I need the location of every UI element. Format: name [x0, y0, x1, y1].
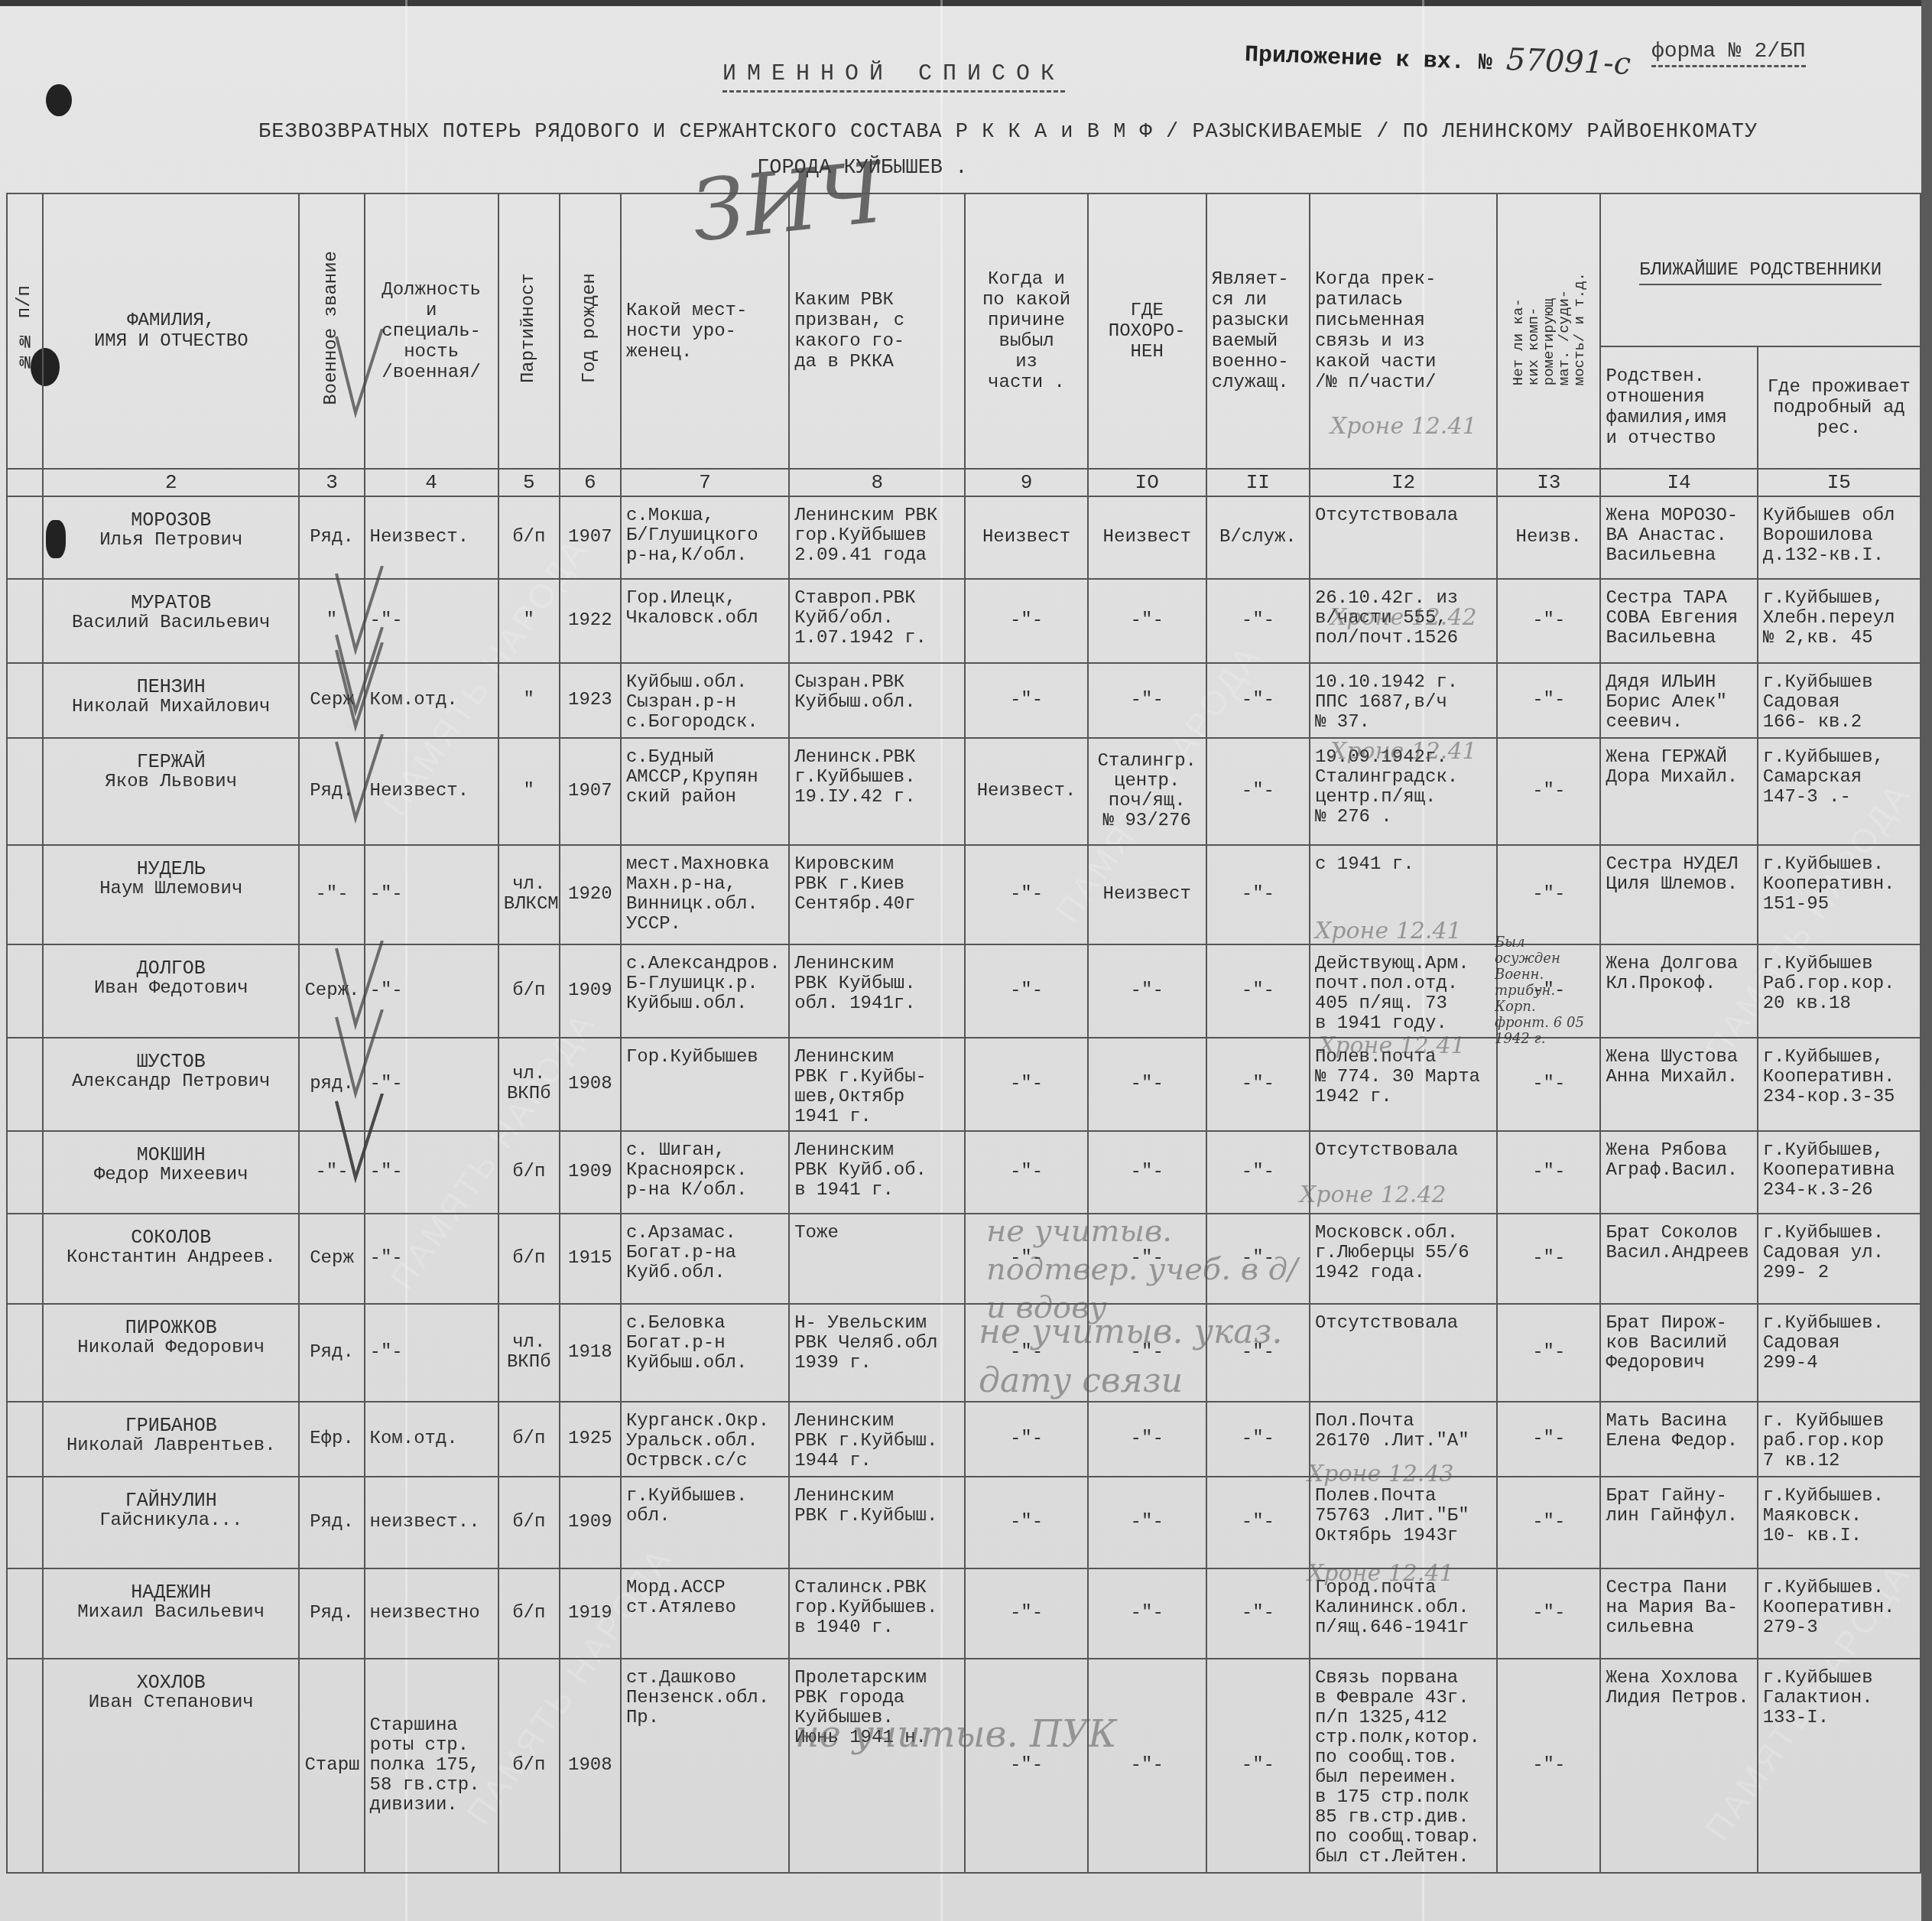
cell-kompromat: -"- [1497, 579, 1600, 663]
cell-rvk: Ставроп.РВК Куйб/обл. 1.07.1942 г. [789, 579, 965, 663]
cell-party: " [498, 738, 560, 845]
cell-kompromat: -"- [1497, 845, 1600, 944]
cell-birthplace: с.Арзамас. Богат.р-на Куйб.обл. [621, 1214, 789, 1304]
cell-last-contact: Связь порвана в Феврале 43г. п/п 1325,41… [1310, 1659, 1497, 1873]
column-number: 7 [621, 469, 789, 496]
cell-rvk: Ленинским РВК гор.Куйбышев 2.09.41 года [789, 496, 965, 579]
cell-relative: Сестра Пани на Мария Ва- сильевна [1600, 1568, 1757, 1659]
cell-born: 1909 [560, 944, 621, 1038]
cell-born: 1908 [560, 1659, 621, 1873]
cell-is-serviceman: -"- [1206, 663, 1310, 738]
pencil-check-icon [333, 734, 386, 826]
cell-kompromat: -"- [1497, 1477, 1600, 1568]
cell-born: 1923 [560, 663, 621, 738]
first-and-patronymic: Илья Петрович [48, 531, 294, 551]
cell-birthplace: мест.Махновка Махн.р-на, Винницк.обл. УС… [621, 845, 789, 944]
cell-kompromat: -"- [1497, 1038, 1600, 1131]
cell-rvk: Тоже [789, 1214, 965, 1304]
last-name: МОРОЗОВ [48, 511, 294, 531]
header-col-11: Являет- ся ли разыски ваемый военно- слу… [1206, 193, 1310, 469]
cell-relative: Брат Пирож- ков Василий Федорович [1600, 1304, 1757, 1402]
last-name: МОКШИН [48, 1146, 294, 1165]
cell-buried: -"- [1088, 1038, 1206, 1131]
cell-index [7, 1131, 43, 1214]
cell-party: чл. ВКПб [498, 1304, 560, 1402]
cell-party: б/п [498, 1659, 560, 1873]
cell-index [7, 663, 43, 738]
cell-full-name: МОРОЗОВИлья Петрович [43, 496, 299, 579]
document-title: ИМЕННОЙ СПИСОК [722, 61, 1065, 93]
last-name: МУРАТОВ [48, 593, 294, 613]
first-and-patronymic: Николай Лаврентьев. [48, 1436, 294, 1456]
first-and-patronymic: Гайсникула... [48, 1511, 294, 1531]
last-name: ХОХЛОВ [48, 1673, 294, 1693]
cell-party: б/п [498, 496, 560, 579]
cell-buried: Неизвест [1088, 496, 1206, 579]
losses-table: №№ п/п ФАМИЛИЯ, ИМЯ И ОТЧЕСТВО Военное з… [6, 193, 1921, 1874]
cell-full-name: ПИРОЖКОВНиколай Федорович [43, 1304, 299, 1402]
scan-right-edge [1921, 0, 1932, 1921]
cell-full-name: ГРИБАНОВНиколай Лаврентьев. [43, 1402, 299, 1477]
cell-birthplace: Морд.АССР ст.Атялево [621, 1568, 789, 1659]
cell-when-left: Неизвест. [965, 738, 1087, 845]
cell-birthplace: Гор.Илецк, Чкаловск.обл [621, 579, 789, 663]
cell-relative: Жена Долгова Кл.Прокоф. [1600, 944, 1757, 1038]
cell-party: чл. ВКПб [498, 1038, 560, 1131]
table-row: НУДЕЛЬНаум Шлемович-"--"-чл. ВЛКСМ1920ме… [7, 845, 1921, 944]
cell-kompromat: -"- [1497, 663, 1600, 738]
column-number: 4 [365, 469, 498, 496]
table-row: ГЕРЖАЙЯков ЛьвовичРяд.Неизвест."1907с.Бу… [7, 738, 1921, 845]
pencil-note: Хроне 12.41 [1319, 1032, 1466, 1059]
cell-full-name: ГАЙНУЛИНГайсникула... [43, 1477, 299, 1568]
first-and-patronymic: Николай Федорович [48, 1338, 294, 1358]
appendix-number: 57091-с [1505, 42, 1632, 82]
cell-address: г.Куйбышев. Садовая ул. 299- 2 [1758, 1214, 1921, 1304]
cell-index [7, 1214, 43, 1304]
cell-full-name: СОКОЛОВКонстантин Андреев. [43, 1214, 299, 1304]
cell-rvk: Ленинским РВК Куйбыш. обл. 1941г. [789, 944, 965, 1038]
cell-born: 1915 [560, 1214, 621, 1304]
cell-when-left: -"- [965, 1402, 1087, 1477]
cell-is-serviceman: -"- [1206, 1402, 1310, 1477]
cell-birthplace: с.Александров. Б-Глушицк.р. Куйбыш.обл. [621, 944, 789, 1038]
cell-address: г.Куйбышев Раб.гор.кор. 20 кв.18 [1758, 944, 1921, 1038]
cell-rank: Ефр. [299, 1402, 364, 1477]
cell-is-serviceman: -"- [1206, 944, 1310, 1038]
cell-last-contact: Московск.обл. г.Люберцы 55/6 1942 года. [1310, 1214, 1497, 1304]
cell-kompromat: -"- [1497, 1659, 1600, 1873]
cell-relative: Сестра ТАРА СОВА Евгения Васильевна [1600, 579, 1757, 663]
cell-born: 1909 [560, 1477, 621, 1568]
cell-full-name: ДОЛГОВИван Федотович [43, 944, 299, 1038]
first-and-patronymic: Иван Федотович [48, 979, 294, 999]
cell-when-left: -"- [965, 663, 1087, 738]
cell-address: г.Куйбышев. Садовая 299-4 [1758, 1304, 1921, 1402]
cell-birthplace: Курганск.Окр. Уральск.обл. Острвск.с/с [621, 1402, 789, 1477]
cell-buried: Неизвест [1088, 845, 1206, 944]
punch-hole [46, 84, 72, 116]
last-name: СОКОЛОВ [48, 1228, 294, 1248]
column-number: 3 [299, 469, 364, 496]
cell-birthplace: с. Шиган, Красноярск. р-на К/обл. [621, 1131, 789, 1214]
cell-rank: Ряд. [299, 1304, 364, 1402]
cell-is-serviceman: -"- [1206, 1477, 1310, 1568]
cell-kompromat: -"- [1497, 1568, 1600, 1659]
cell-rank: Серж [299, 1214, 364, 1304]
cell-relative: Дядя ИЛЬИН Борис Алек" сеевич. [1600, 663, 1757, 738]
header-relatives-group: БЛИЖАЙШИЕ РОДСТВЕННИКИ [1600, 193, 1921, 346]
scan-top-edge [0, 0, 1932, 6]
table-row: МОКШИНФедор Михеевич-"--"-б/п1909с. Шига… [7, 1131, 1921, 1214]
first-and-patronymic: Наум Шлемович [48, 879, 294, 899]
pencil-note: не учитыв. ПУК [795, 1713, 1117, 1756]
cell-is-serviceman: -"- [1206, 1038, 1310, 1131]
cell-index [7, 496, 43, 579]
pencil-note: не учитыв. указ. дату связи [979, 1308, 1300, 1406]
header-col-7: Какой мест- ности уро- женец. [621, 193, 789, 469]
cell-relative: Жена ГЕРЖАЙ Дора Михайл. [1600, 738, 1757, 845]
cell-full-name: МУРАТОВВасилий Васильевич [43, 579, 299, 663]
cell-kompromat: -"- [1497, 1214, 1600, 1304]
cell-relative: Жена Рябова Аграф.Васил. [1600, 1131, 1757, 1214]
cell-party: " [498, 663, 560, 738]
header-col-9: Когда и по какой причине выбыл из части … [965, 193, 1087, 469]
table-body: МОРОЗОВИлья ПетровичРяд.Неизвест.б/п1907… [7, 496, 1921, 1873]
cell-when-left: -"- [965, 1477, 1087, 1568]
pencil-note: Хроне 12.41 [1330, 413, 1477, 440]
cell-address: г. Куйбышев раб.гор.кор 7 кв.12 [1758, 1402, 1921, 1477]
cell-is-serviceman: -"- [1206, 1568, 1310, 1659]
cell-full-name: ПЕНЗИННиколай Михайлович [43, 663, 299, 738]
cell-when-left: -"- [965, 1038, 1087, 1131]
cell-born: 1919 [560, 1568, 621, 1659]
cell-birthplace: с.Будный АМССР,Крупян ский район [621, 738, 789, 845]
first-and-patronymic: Яков Львович [48, 772, 294, 792]
column-number: I4 [1600, 469, 1757, 496]
column-number: 9 [965, 469, 1087, 496]
cell-full-name: ГЕРЖАЙЯков Львович [43, 738, 299, 845]
table-row: НАДЕЖИНМихаил ВасильевичРяд.неизвестноб/… [7, 1568, 1921, 1659]
cell-last-contact: 10.10.1942 г. ППС 1687,в/ч № 37. [1310, 663, 1497, 738]
cell-rvk: Сталинск.РВК гор.Куйбышев. в 1940 г. [789, 1568, 965, 1659]
pencil-check-icon [333, 1094, 386, 1185]
cell-birthplace: Куйбыш.обл. Сызран.р-н с.Богородск. [621, 663, 789, 738]
cell-last-contact: Отсутствовала [1310, 496, 1497, 579]
cell-when-left: -"- [965, 1568, 1087, 1659]
cell-relative: Мать Васина Елена Федор. [1600, 1402, 1757, 1477]
cell-kompromat: -"- [1497, 1402, 1600, 1477]
cell-address: г.Куйбышев, Самарская 147-3 .- [1758, 738, 1921, 845]
cell-address: г.Куйбышев. Кооперативн. 279-3 [1758, 1568, 1921, 1659]
pencil-note: Хроне 12.41 [1330, 738, 1477, 765]
cell-is-serviceman: В/служ. [1206, 496, 1310, 579]
pencil-check-icon [333, 1009, 386, 1101]
pencil-note: Хроне 12.41 [1315, 918, 1462, 944]
first-and-patronymic: Михаил Васильевич [48, 1603, 294, 1623]
cell-index [7, 1304, 43, 1402]
cell-party: б/п [498, 1477, 560, 1568]
cell-position: Ком.отд. [365, 1402, 498, 1477]
table-row: ХОХЛОВИван СтепановичСтаршСтаршина роты … [7, 1659, 1921, 1873]
cell-when-left: -"- [965, 579, 1087, 663]
cell-kompromat: Неизв. [1497, 496, 1600, 579]
cell-rvk: Ленинским РВК Куйб.об. в 1941 г. [789, 1131, 965, 1214]
cell-rvk: Н- Увельским РВК Челяб.обл 1939 г. [789, 1304, 965, 1402]
cell-full-name: НУДЕЛЬНаум Шлемович [43, 845, 299, 944]
first-and-patronymic: Николай Михайлович [48, 697, 294, 717]
column-number: I5 [1758, 469, 1921, 496]
header-col-5: Партийност [498, 193, 560, 469]
cell-rvk: Сызран.РВК Куйбыш.обл. [789, 663, 965, 738]
table-row: ПИРОЖКОВНиколай ФедоровичРяд.-"-чл. ВКПб… [7, 1304, 1921, 1402]
cell-address: г.Куйбышев, Кооперативна 234-к.3-26 [1758, 1131, 1921, 1214]
pencil-check-icon [333, 329, 386, 421]
cell-last-contact: Действующ.Арм. почт.пол.отд. 405 п/ящ. 7… [1310, 944, 1497, 1038]
cell-buried: -"- [1088, 1659, 1206, 1873]
column-number: 6 [560, 469, 621, 496]
header-col-1: №№ п/п [7, 193, 43, 469]
cell-when-left: Неизвест [965, 496, 1087, 579]
cell-address: г.Куйбышев Галактион. 133-I. [1758, 1659, 1921, 1873]
column-number: I3 [1497, 469, 1600, 496]
cell-party: б/п [498, 1402, 560, 1477]
cell-born: 1907 [560, 738, 621, 845]
column-number: 5 [498, 469, 560, 496]
pencil-note: Хроне 12.42 [1300, 1182, 1447, 1208]
cell-born: 1918 [560, 1304, 621, 1402]
cell-rank: -"- [299, 845, 364, 944]
cell-party: б/п [498, 944, 560, 1038]
column-number [7, 469, 43, 496]
document-subtitle: БЕЗВОЗВРАТНЫХ ПОТЕРЬ РЯДОВОГО И СЕРЖАНТС… [258, 121, 1758, 144]
first-and-patronymic: Иван Степанович [48, 1693, 294, 1713]
first-and-patronymic: Василий Васильевич [48, 613, 294, 633]
cell-party: б/п [498, 1131, 560, 1214]
cell-full-name: ХОХЛОВИван Степанович [43, 1659, 299, 1873]
last-name: ГРИБАНОВ [48, 1416, 294, 1436]
cell-rvk: Кировским РВК г.Киев Сентябр.40г [789, 845, 965, 944]
table-row: ПЕНЗИННиколай МихайловичСержКом.отд."192… [7, 663, 1921, 738]
form-number: форма № 2/БП [1651, 40, 1806, 67]
header-col-8: Каким РВК призван, с какого го- да в РКК… [789, 193, 965, 469]
table-row: ШУСТОВАлександр Петровичряд.-"-чл. ВКПб1… [7, 1038, 1921, 1131]
cell-rank: Ряд. [299, 1477, 364, 1568]
table-row: МОРОЗОВИлья ПетровичРяд.Неизвест.б/п1907… [7, 496, 1921, 579]
last-name: ГЕРЖАЙ [48, 752, 294, 772]
header-col-2: ФАМИЛИЯ, ИМЯ И ОТЧЕСТВО [43, 193, 299, 469]
table-row: ДОЛГОВИван ФедотовичСерж.-"-б/п1909с.Але… [7, 944, 1921, 1038]
table-row: МУРАТОВВасилий Васильевич"-"-"1922Гор.Ил… [7, 579, 1921, 663]
document-page: ПАМЯТЬ НАРОДА ПАМЯТЬ НАРОДА ПАМЯТЬ НАРОД… [0, 0, 1932, 1921]
cell-relative: Жена МОРОЗО- ВА Анастас. Васильевна [1600, 496, 1757, 579]
header-col-13: Нет ли ка- ких комп- рометирующ мат. /су… [1497, 193, 1600, 469]
cell-relative: Жена Шустова Анна Михайл. [1600, 1038, 1757, 1131]
cell-born: 1922 [560, 579, 621, 663]
column-numbers-row: 2 3 4 5 6 7 8 9 IO II I2 I3 I4 I5 [7, 469, 1921, 496]
cell-when-left: -"- [965, 845, 1087, 944]
last-name: ПИРОЖКОВ [48, 1318, 294, 1338]
cell-position: -"- [365, 845, 498, 944]
cell-kompromat: -"- [1497, 738, 1600, 845]
pencil-note-tribunal: Был осужден Военн. трибун. Корп. фронт. … [1495, 934, 1594, 1047]
cell-full-name: ШУСТОВАлександр Петрович [43, 1038, 299, 1131]
cell-is-serviceman: -"- [1206, 738, 1310, 845]
cell-birthplace: Гор.Куйбышев [621, 1038, 789, 1131]
cell-full-name: НАДЕЖИНМихаил Васильевич [43, 1568, 299, 1659]
table-row: СОКОЛОВКонстантин Андреев.Серж-"-б/п1915… [7, 1214, 1921, 1304]
cell-index [7, 1568, 43, 1659]
cell-rank: Ряд. [299, 1568, 364, 1659]
column-number: 2 [43, 469, 299, 496]
cell-birthplace: ст.Дашково Пензенск.обл. Пр. [621, 1659, 789, 1873]
cell-buried: -"- [1088, 1131, 1206, 1214]
cell-relative: Брат Гайну- лин Гайнфул. [1600, 1477, 1757, 1568]
cell-rvk: Ленинским РВК г.Куйбыш. 1944 г. [789, 1402, 965, 1477]
cell-when-left: -"- [965, 1131, 1087, 1214]
cell-position: Старшина роты стр. полка 175, 58 гв.стр.… [365, 1659, 498, 1873]
appendix-label: Приложение к вх. № [1244, 42, 1492, 76]
cell-rank: Старш [299, 1659, 364, 1873]
cell-is-serviceman: -"- [1206, 1131, 1310, 1214]
cell-kompromat: -"- [1497, 1131, 1600, 1214]
column-number: I2 [1310, 469, 1497, 496]
cell-address: г.Куйбышев. Маяковск. 10- кв.I. [1758, 1477, 1921, 1568]
cell-party: б/п [498, 1568, 560, 1659]
cell-address: г.Куйбышев. Кооперативн. 151-95 [1758, 845, 1921, 944]
cell-last-contact: Отсутствовала [1310, 1304, 1497, 1402]
cell-when-left: -"- [965, 944, 1087, 1038]
cell-address: Куйбышев обл Ворошилова д.132-кв.I. [1758, 496, 1921, 579]
cell-relative: Брат Соколов Васил.Андреев [1600, 1214, 1757, 1304]
cell-position: -"- [365, 1214, 498, 1304]
appendix-stamp: Приложение к вх. № 57091-с [1244, 33, 1632, 82]
cell-party: " [498, 579, 560, 663]
table-header: №№ п/п ФАМИЛИЯ, ИМЯ И ОТЧЕСТВО Военное з… [7, 193, 1921, 346]
cell-buried: -"- [1088, 663, 1206, 738]
cell-birthplace: г.Куйбышев. обл. [621, 1477, 789, 1568]
cell-rvk: Ленинск.РВК г.Куйбышев. 19.IУ.42 г. [789, 738, 965, 845]
pencil-note: Хроне 12.43 [1307, 1461, 1454, 1487]
cell-rvk: Пролетарским РВК города Куйбышев. Июнь 1… [789, 1659, 965, 1873]
last-name: НАДЕЖИН [48, 1583, 294, 1603]
cell-buried: -"- [1088, 579, 1206, 663]
cell-relative: Сестра НУДЕЛ Циля Шлемов. [1600, 845, 1757, 944]
cell-buried: -"- [1088, 1477, 1206, 1568]
last-name: НУДЕЛЬ [48, 860, 294, 879]
cell-born: 1908 [560, 1038, 621, 1131]
first-and-patronymic: Александр Петрович [48, 1072, 294, 1092]
pencil-note: Хроне 12.42 [1330, 604, 1477, 631]
last-name: ШУСТОВ [48, 1052, 294, 1072]
cell-party: б/п [498, 1214, 560, 1304]
cell-index [7, 1659, 43, 1873]
cell-last-contact: Полев.Почта 75763 .Лит."Б" Октябрь 1943г [1310, 1477, 1497, 1568]
cell-position: неизвест.. [365, 1477, 498, 1568]
cell-is-serviceman: -"- [1206, 1659, 1310, 1873]
first-and-patronymic: Константин Андреев. [48, 1248, 294, 1268]
cell-address: г.Куйбышев, Кооперативн. 234-кор.3-35 [1758, 1038, 1921, 1131]
cell-kompromat: -"- [1497, 1304, 1600, 1402]
cell-when-left: -"- [965, 1659, 1087, 1873]
cell-rvk: Ленинским РВК г.Куйбы- шев,Октябр 1941 г… [789, 1038, 965, 1131]
cell-index [7, 738, 43, 845]
header-col-15: Где проживает подробный ад рес. [1758, 346, 1921, 469]
last-name: ДОЛГОВ [48, 959, 294, 979]
cell-index [7, 1402, 43, 1477]
cell-born: 1909 [560, 1131, 621, 1214]
column-number: IO [1088, 469, 1206, 496]
last-name: ПЕНЗИН [48, 678, 294, 697]
cell-buried: -"- [1088, 944, 1206, 1038]
table-row: ГРИБАНОВНиколай Лаврентьев.Ефр.Ком.отд.б… [7, 1402, 1921, 1477]
cell-index [7, 845, 43, 944]
header-col-6: Год рожден [560, 193, 621, 469]
first-and-patronymic: Федор Михеевич [48, 1165, 294, 1185]
cell-buried: -"- [1088, 1568, 1206, 1659]
cell-rvk: Ленинским РВК г.Куйбыш. [789, 1477, 965, 1568]
pencil-note: Хроне 12.41 [1307, 1560, 1454, 1587]
cell-index [7, 1038, 43, 1131]
cell-born: 1907 [560, 496, 621, 579]
header-col-14: Родствен. отношения фамилия,имя и отчест… [1600, 346, 1757, 469]
cell-address: г.Куйбышев Садовая 166- кв.2 [1758, 663, 1921, 738]
cell-position: неизвестно [365, 1568, 498, 1659]
cell-index [7, 579, 43, 663]
cell-born: 1920 [560, 845, 621, 944]
cell-buried: Сталингр. центр. поч/ящ. № 93/276 [1088, 738, 1206, 845]
column-number: 8 [789, 469, 965, 496]
cell-birthplace: с.Беловка Богат.р-н Куйбыш.обл. [621, 1304, 789, 1402]
cell-buried: -"- [1088, 1402, 1206, 1477]
cell-birthplace: с.Мокша, Б/Глушицкого р-на,К/обл. [621, 496, 789, 579]
cell-full-name: МОКШИНФедор Михеевич [43, 1131, 299, 1214]
pencil-check-icon [333, 627, 386, 719]
cell-is-serviceman: -"- [1206, 845, 1310, 944]
cell-born: 1925 [560, 1402, 621, 1477]
cell-party: чл. ВЛКСМ [498, 845, 560, 944]
cell-relative: Жена Хохлова Лидия Петров. [1600, 1659, 1757, 1873]
cell-index [7, 1477, 43, 1568]
last-name: ГАЙНУЛИН [48, 1491, 294, 1511]
cell-position: -"- [365, 1304, 498, 1402]
header-col-10: ГДЕ ПОХОРО- НЕН [1088, 193, 1206, 469]
cell-address: г.Куйбышев, Хлебн.переул № 2,кв. 45 [1758, 579, 1921, 663]
cell-is-serviceman: -"- [1206, 579, 1310, 663]
cell-index [7, 944, 43, 1038]
table-row: ГАЙНУЛИНГайсникула...Ряд.неизвест..б/п19… [7, 1477, 1921, 1568]
column-number: II [1206, 469, 1310, 496]
